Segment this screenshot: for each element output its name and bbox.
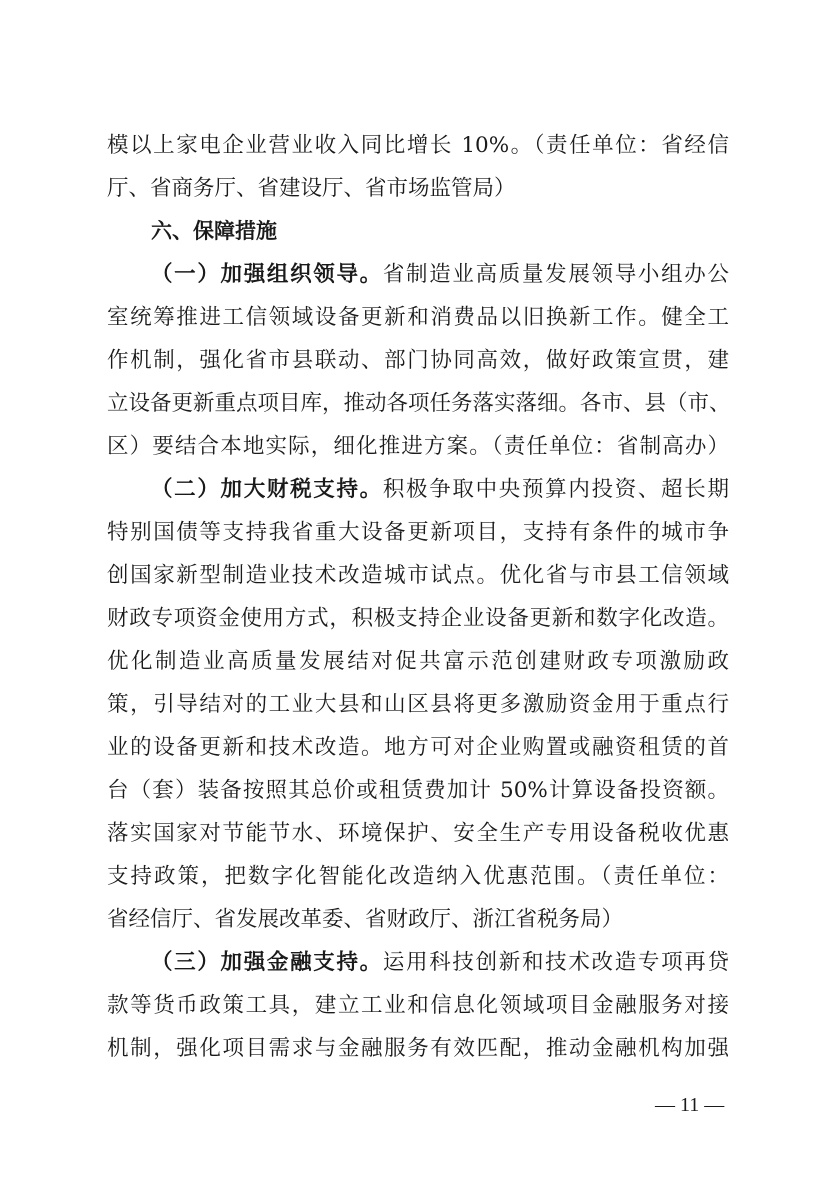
paragraph-first-line: （二）加大财税支持。积极争取中央预算内投资、超长期 xyxy=(107,468,729,511)
body-line: 模以上家电企业营业收入同比增长 10%。（责任单位：省经信 xyxy=(107,124,729,167)
section-heading: 六、保障措施 xyxy=(107,210,729,253)
paragraph-lead: （一）加强组织领导。 xyxy=(151,262,383,287)
body-line: 机制，强化项目需求与金融服务有效匹配，推动金融机构加强 xyxy=(107,1027,729,1070)
body-line: 款等货币政策工具，建立工业和信息化领域项目金融服务对接 xyxy=(107,984,729,1027)
paragraph-first-line: （三）加强金融支持。运用科技创新和技术改造专项再贷 xyxy=(107,941,729,984)
paragraph-text: 省制造业高质量发展领导小组办公 xyxy=(383,262,729,287)
body-line: 支持政策，把数字化智能化改造纳入优惠范围。（责任单位： xyxy=(107,855,729,898)
paragraph-first-line: （一）加强组织领导。省制造业高质量发展领导小组办公 xyxy=(107,253,729,296)
body-line: 特别国债等支持我省重大设备更新项目，支持有条件的城市争 xyxy=(107,511,729,554)
body-line: 立设备更新重点项目库，推动各项任务落实落细。各市、县（市、 xyxy=(107,382,729,425)
body-line: 厅、省商务厅、省建设厅、省市场监管局） xyxy=(107,167,729,210)
body-line: 业的设备更新和技术改造。地方可对企业购置或融资租赁的首 xyxy=(107,726,729,769)
body-line: 财政专项资金使用方式，积极支持企业设备更新和数字化改造。 xyxy=(107,597,729,640)
page-number: — 11 — xyxy=(655,1094,724,1117)
body-line: 作机制，强化省市县联动、部门协同高效，做好政策宣贯，建 xyxy=(107,339,729,382)
document-page: 模以上家电企业营业收入同比增长 10%。（责任单位：省经信 厅、省商务厅、省建设… xyxy=(107,124,729,1070)
body-line: 创国家新型制造业技术改造城市试点。优化省与市县工信领域 xyxy=(107,554,729,597)
paragraph-lead: （二）加大财税支持。 xyxy=(151,477,383,502)
body-line: 省经信厅、省发展改革委、省财政厅、浙江省税务局） xyxy=(107,898,729,941)
body-line: 策，引导结对的工业大县和山区县将更多激励资金用于重点行 xyxy=(107,683,729,726)
paragraph-lead: （三）加强金融支持。 xyxy=(151,950,383,975)
body-line: 区）要结合本地实际，细化推进方案。（责任单位：省制高办） xyxy=(107,425,729,468)
paragraph-text: 积极争取中央预算内投资、超长期 xyxy=(383,477,729,502)
body-line: 室统筹推进工信领域设备更新和消费品以旧换新工作。健全工 xyxy=(107,296,729,339)
body-line: 台（套）装备按照其总价或租赁费加计 50%计算设备投资额。 xyxy=(107,769,729,812)
paragraph-text: 运用科技创新和技术改造专项再贷 xyxy=(383,950,729,975)
body-line: 优化制造业高质量发展结对促共富示范创建财政专项激励政 xyxy=(107,640,729,683)
body-line: 落实国家对节能节水、环境保护、安全生产专用设备税收优惠 xyxy=(107,812,729,855)
